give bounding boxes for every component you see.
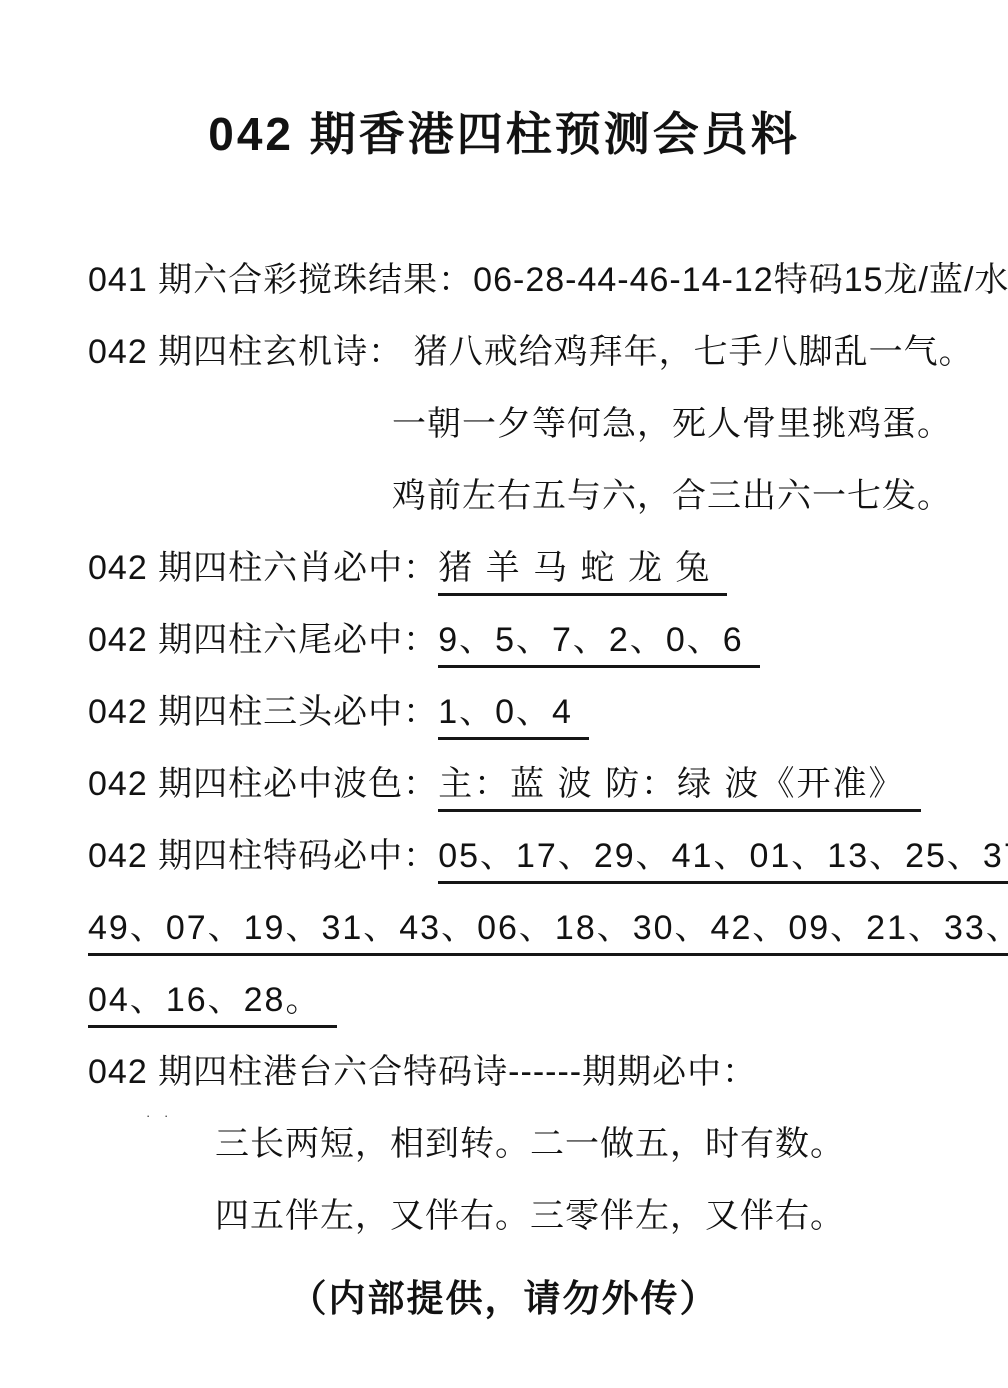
line-text: 鸡前左右五与六，合三出六一七发。 <box>392 477 952 515</box>
line-text: 四五伴左，又伴右。三零伴左，又伴右。 <box>215 1197 845 1235</box>
document-line: 鸡前左右五与六，合三出六一七发。 <box>88 476 978 518</box>
document-line: 041 期六合彩搅珠结果：06-28-44-46-14-12特码15龙/蓝/水 <box>88 260 978 302</box>
line-value-underlined: 9、5、7、2、0、6 <box>438 621 759 668</box>
line-text: 042 期四柱港台六合特码诗------期期必中： <box>88 1053 757 1091</box>
line-value-underlined: 1、0、4 <box>438 693 589 740</box>
line-value-underlined: 05、17、29、41、01、13、25、37、 <box>438 837 1008 884</box>
line-label: 042 期四柱三头必中： <box>88 693 438 731</box>
line-text: 042 期四柱玄机诗： 猪八戒给鸡拜年，七手八脚乱一气。 <box>88 333 974 371</box>
document-line: 49、07、19、31、43、06、18、30、42、09、21、33、45、 <box>88 908 978 950</box>
line-value-underlined: 猪 羊 马 蛇 龙 兔 <box>438 549 727 596</box>
document-line: 042 期四柱玄机诗： 猪八戒给鸡拜年，七手八脚乱一气。 <box>88 332 978 374</box>
document-line: 一朝一夕等何急，死人骨里挑鸡蛋。 <box>88 404 978 446</box>
document-line: 042 期四柱六尾必中：9、5、7、2、0、6 <box>88 620 978 662</box>
footer-note: （内部提供，请勿外传） <box>0 1268 1008 1322</box>
scan-artifact-dots: · · <box>146 1108 173 1123</box>
line-text: 一朝一夕等何急，死人骨里挑鸡蛋。 <box>392 405 952 443</box>
document-line: 042 期四柱三头必中：1、0、4 <box>88 692 978 734</box>
line-label: 042 期四柱必中波色： <box>88 765 438 803</box>
document-line: 042 期四柱特码必中：05、17、29、41、01、13、25、37、 <box>88 836 978 878</box>
document-body: 041 期六合彩搅珠结果：06-28-44-46-14-12特码15龙/蓝/水0… <box>0 260 1008 1238</box>
document-line: 04、16、28。 <box>88 980 978 1022</box>
line-text: 三长两短，相到转。二一做五，时有数。 <box>215 1125 845 1163</box>
line-label: 042 期四柱特码必中： <box>88 837 438 875</box>
document-line: 三长两短，相到转。二一做五，时有数。 <box>88 1124 978 1166</box>
document-line: 042 期四柱港台六合特码诗------期期必中： <box>88 1052 978 1094</box>
document-line: 042 期四柱必中波色：主：蓝 波 防：绿 波《开准》 <box>88 764 978 806</box>
document-line: 四五伴左，又伴右。三零伴左，又伴右。 <box>88 1196 978 1238</box>
line-value-underlined: 49、07、19、31、43、06、18、30、42、09、21、33、45、 <box>88 909 1008 956</box>
document-line: 042 期四柱六肖必中：猪 羊 马 蛇 龙 兔 <box>88 548 978 590</box>
document-page: 042 期香港四柱预测会员料 041 期六合彩搅珠结果：06-28-44-46-… <box>0 0 1008 1388</box>
page-title: 042 期香港四柱预测会员料 <box>0 0 1008 164</box>
line-value-underlined: 04、16、28。 <box>88 981 337 1028</box>
line-text: 041 期六合彩搅珠结果：06-28-44-46-14-12特码15龙/蓝/水 <box>88 261 1008 299</box>
line-label: 042 期四柱六尾必中： <box>88 621 438 659</box>
line-label: 042 期四柱六肖必中： <box>88 549 438 587</box>
line-value-underlined: 主：蓝 波 防：绿 波《开准》 <box>438 765 920 812</box>
